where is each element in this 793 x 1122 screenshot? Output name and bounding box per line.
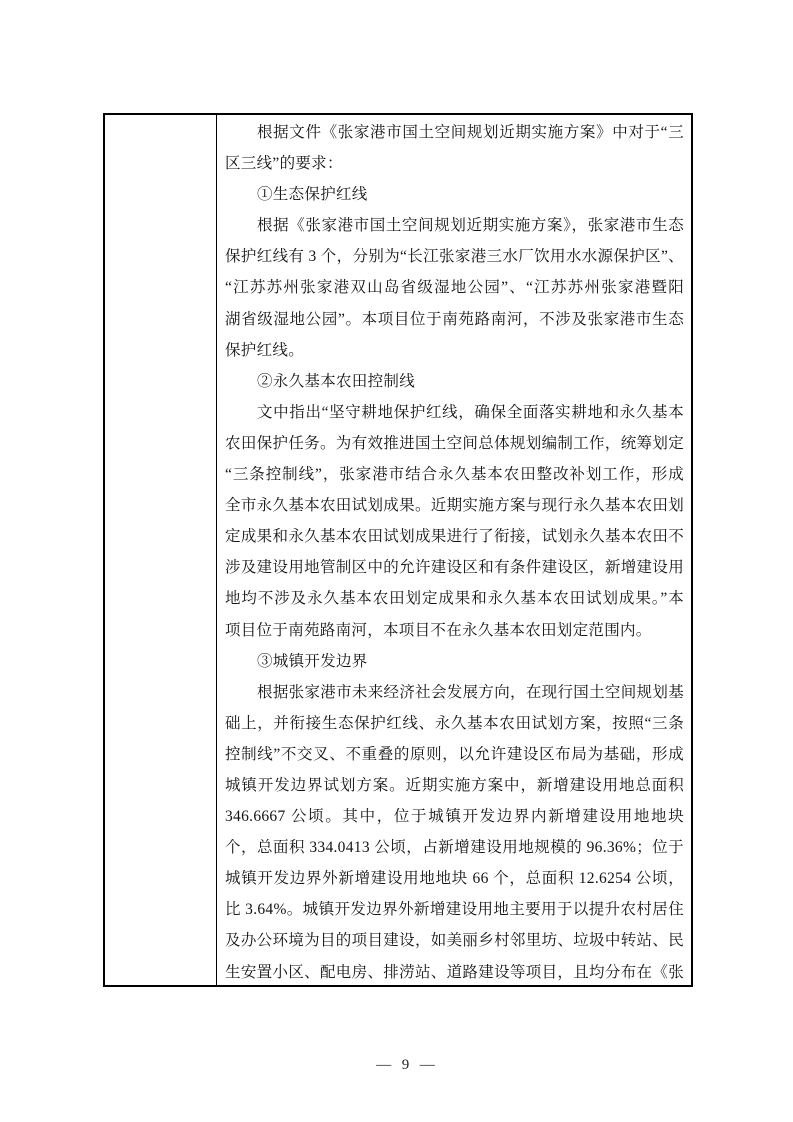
text-line: 控制线”不交叉、不重叠的原则，以允许建设区布局为基础，形成 [225,739,684,770]
text-line: 区三线”的要求： [225,148,684,179]
text-line: 根据张家港市未来经济社会发展方向，在现行国土空间规划基 [225,677,684,708]
text-line: 文中指出“坚守耕地保护红线，确保全面落实耕地和永久基本 [225,397,684,428]
text-line: 比 3.64%。城镇开发边界外新增建设用地主要用于以提升农村居住 [225,894,684,925]
footer-page-number: — 9 — [376,1057,436,1073]
content-lines: 根据文件《张家港市国土空间规划近期实施方案》中对于“三区三线”的要求：①生态保护… [225,117,684,985]
document-page: 根据文件《张家港市国土空间规划近期实施方案》中对于“三区三线”的要求：①生态保护… [0,0,793,1122]
text-line: 定成果和永久基本农田试划成果进行了衔接，试划永久基本农田不 [225,521,684,552]
text-line: ③城镇开发边界 [225,646,684,677]
content-table: 根据文件《张家港市国土空间规划近期实施方案》中对于“三区三线”的要求：①生态保护… [103,113,693,987]
text-line: 础上，并衔接生态保护红线、永久基本农田试划方案，按照“三条 [225,708,684,739]
text-line: 城镇开发边界试划方案。近期实施方案中，新增建设用地总面积 [225,770,684,801]
text-line: 根据文件《张家港市国土空间规划近期实施方案》中对于“三 [225,117,684,148]
text-line: 地均不涉及永久基本农田划定成果和永久基本农田试划成果。”本 [225,583,684,614]
text-line: 全市永久基本农田试划成果。近期实施方案与现行永久基本农田划 [225,490,684,521]
text-line: 346.6667 公顷。其中，位于城镇开发边界内新增建设用地地块 1033 [225,801,684,832]
text-line: 涉及建设用地管制区中的允许建设区和有条件建设区，新增建设用 [225,552,684,583]
text-line: 项目位于南苑路南河，本项目不在永久基本农田划定范围内。 [225,615,684,646]
table-left-cell [105,115,217,985]
text-line: “江苏苏州张家港双山岛省级湿地公园”、“江苏苏州张家港暨阳 [225,272,684,303]
text-line: 农田保护任务。为有效推进国土空间总体规划编制工作，统筹划定 [225,428,684,459]
text-line: 城镇开发边界外新增建设用地地块 66 个，总面积 12.6254 公顷，占 [225,863,684,894]
table-right-cell: 根据文件《张家港市国土空间规划近期实施方案》中对于“三区三线”的要求：①生态保护… [217,115,691,985]
text-line: 保护红线有 3 个，分别为“长江张家港三水厂饮用水水源保护区”、 [225,241,684,272]
text-line: ①生态保护红线 [225,179,684,210]
text-line: “三条控制线”，张家港市结合永久基本农田整改补划工作，形成 [225,459,684,490]
text-line: 生安置小区、配电房、排涝站、道路建设等项目，且均分布在《张 [225,957,684,985]
text-line: 保护红线。 [225,335,684,366]
page-footer: — 9 — [0,1040,793,1091]
text-line: ②永久基本农田控制线 [225,366,684,397]
text-line: 及办公环境为目的项目建设，如美丽乡村邻里坊、垃圾中转站、民 [225,925,684,956]
text-line: 湖省级湿地公园”。本项目位于南苑路南河，不涉及张家港市生态 [225,304,684,335]
text-line: 根据《张家港市国土空间规划近期实施方案》，张家港市生态 [225,210,684,241]
text-line: 个，总面积 334.0413 公顷，占新增建设用地规模的 96.36%；位于 [225,832,684,863]
